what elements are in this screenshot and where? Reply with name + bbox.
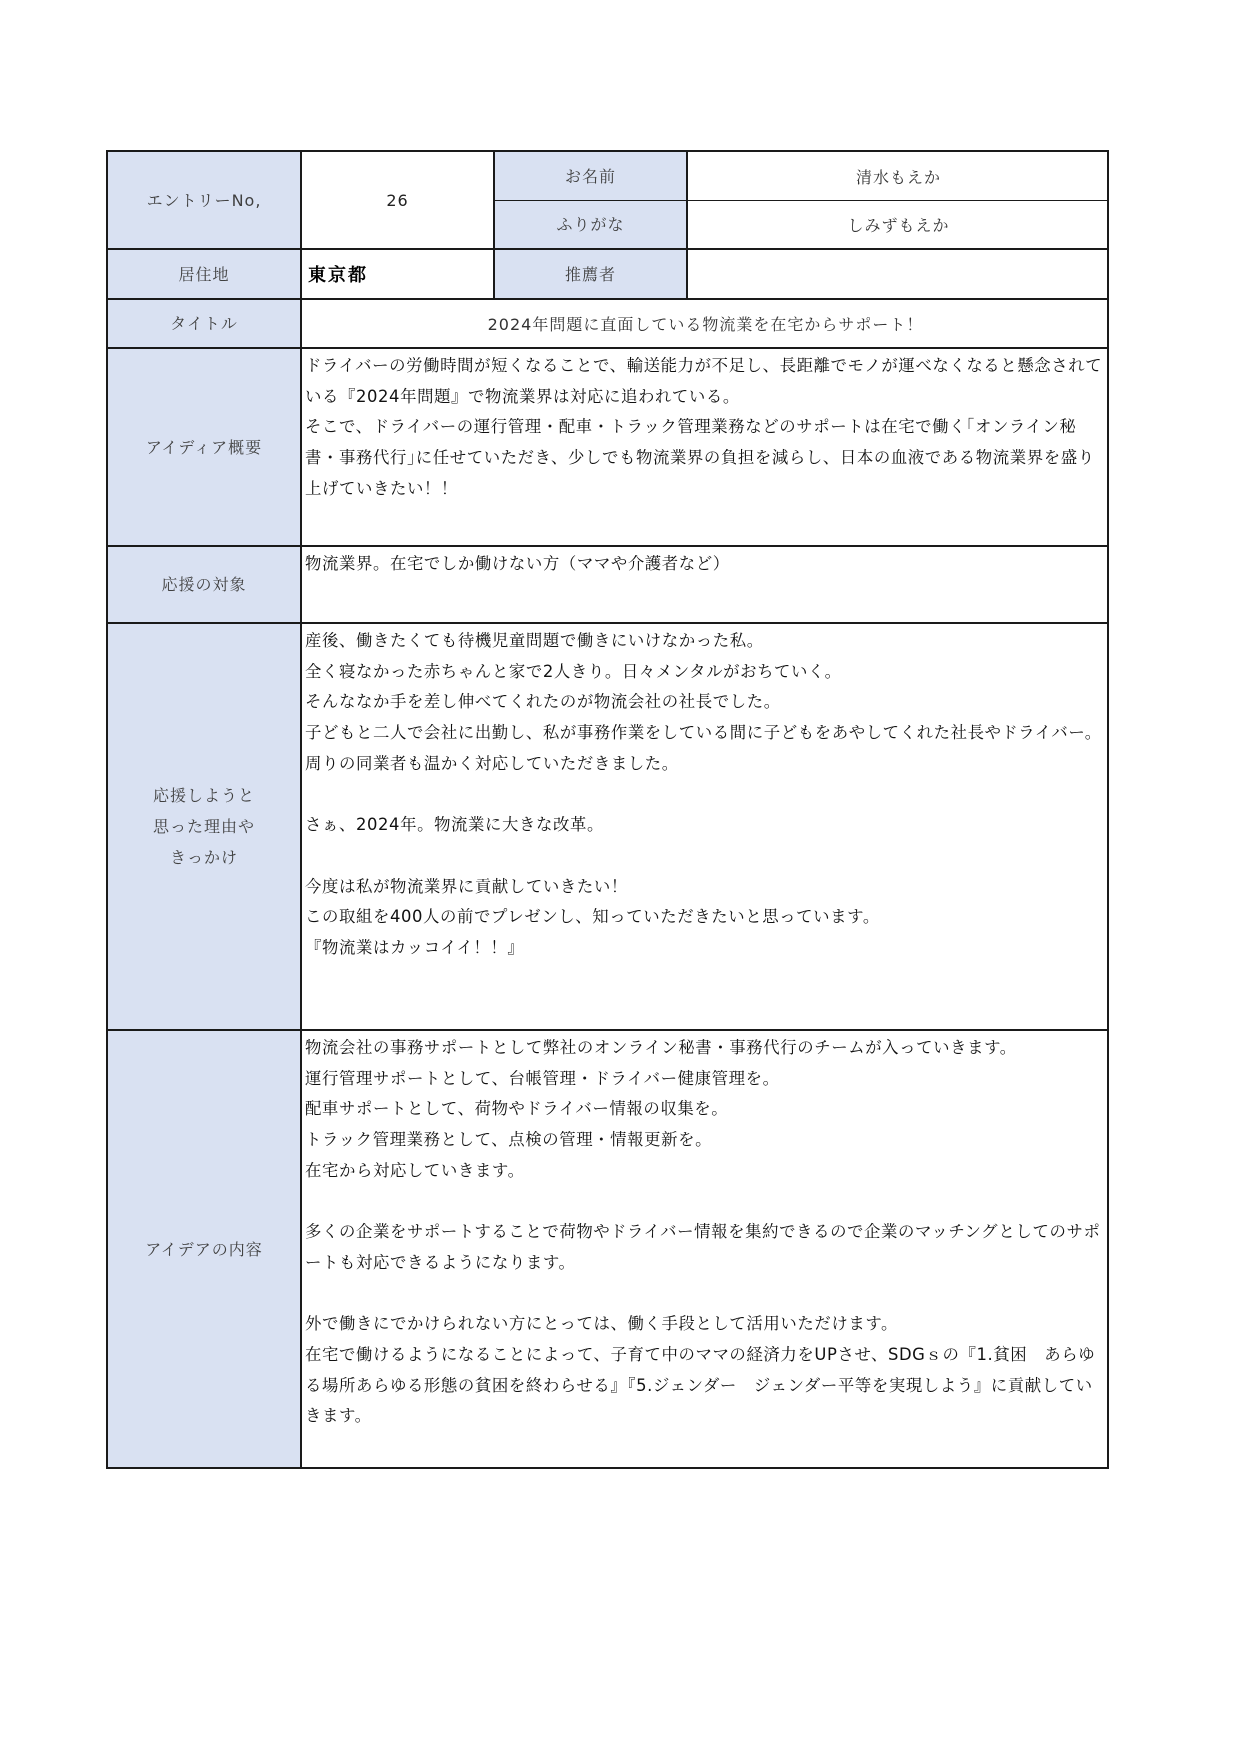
name-label: お名前 (495, 152, 688, 201)
target-text: 物流業界。在宅でしか働けない方（ママや介護者など） (302, 547, 1109, 624)
title-value: 2024年問題に直面している物流業を在宅からサポート！ (302, 300, 1109, 349)
residence-label: 居住地 (108, 250, 302, 300)
entry-no-value: 26 (302, 152, 495, 250)
residence-value: 東京都 (302, 250, 495, 300)
reason-text: 産後、働きたくても待機児童問題で働きにいけなかった私。 全く寝なかった赤ちゃんと… (302, 624, 1109, 1031)
entry-no-label: エントリーNo, (108, 152, 302, 250)
content-text: 物流会社の事務サポートとして弊社のオンライン秘書・事務代行のチームが入っていきま… (302, 1031, 1109, 1467)
entry-form-table: エントリーNo, 26 お名前 清水もえか ふりがな しみずもえか 居住地 東京… (106, 150, 1109, 1469)
furigana-label: ふりがな (495, 201, 688, 250)
overview-label: アイディア概要 (108, 349, 302, 547)
recommender-label: 推薦者 (495, 250, 688, 300)
content-label: アイデアの内容 (108, 1031, 302, 1467)
furigana-value: しみずもえか (688, 201, 1109, 250)
overview-text: ドライバーの労働時間が短くなることで、輸送能力が不足し、長距離でモノが運べなくな… (302, 349, 1109, 547)
title-label: タイトル (108, 300, 302, 349)
recommender-value (688, 250, 1109, 300)
reason-label: 応援しようと 思った理由や きっかけ (108, 624, 302, 1031)
target-label: 応援の対象 (108, 547, 302, 624)
name-value: 清水もえか (688, 152, 1109, 201)
